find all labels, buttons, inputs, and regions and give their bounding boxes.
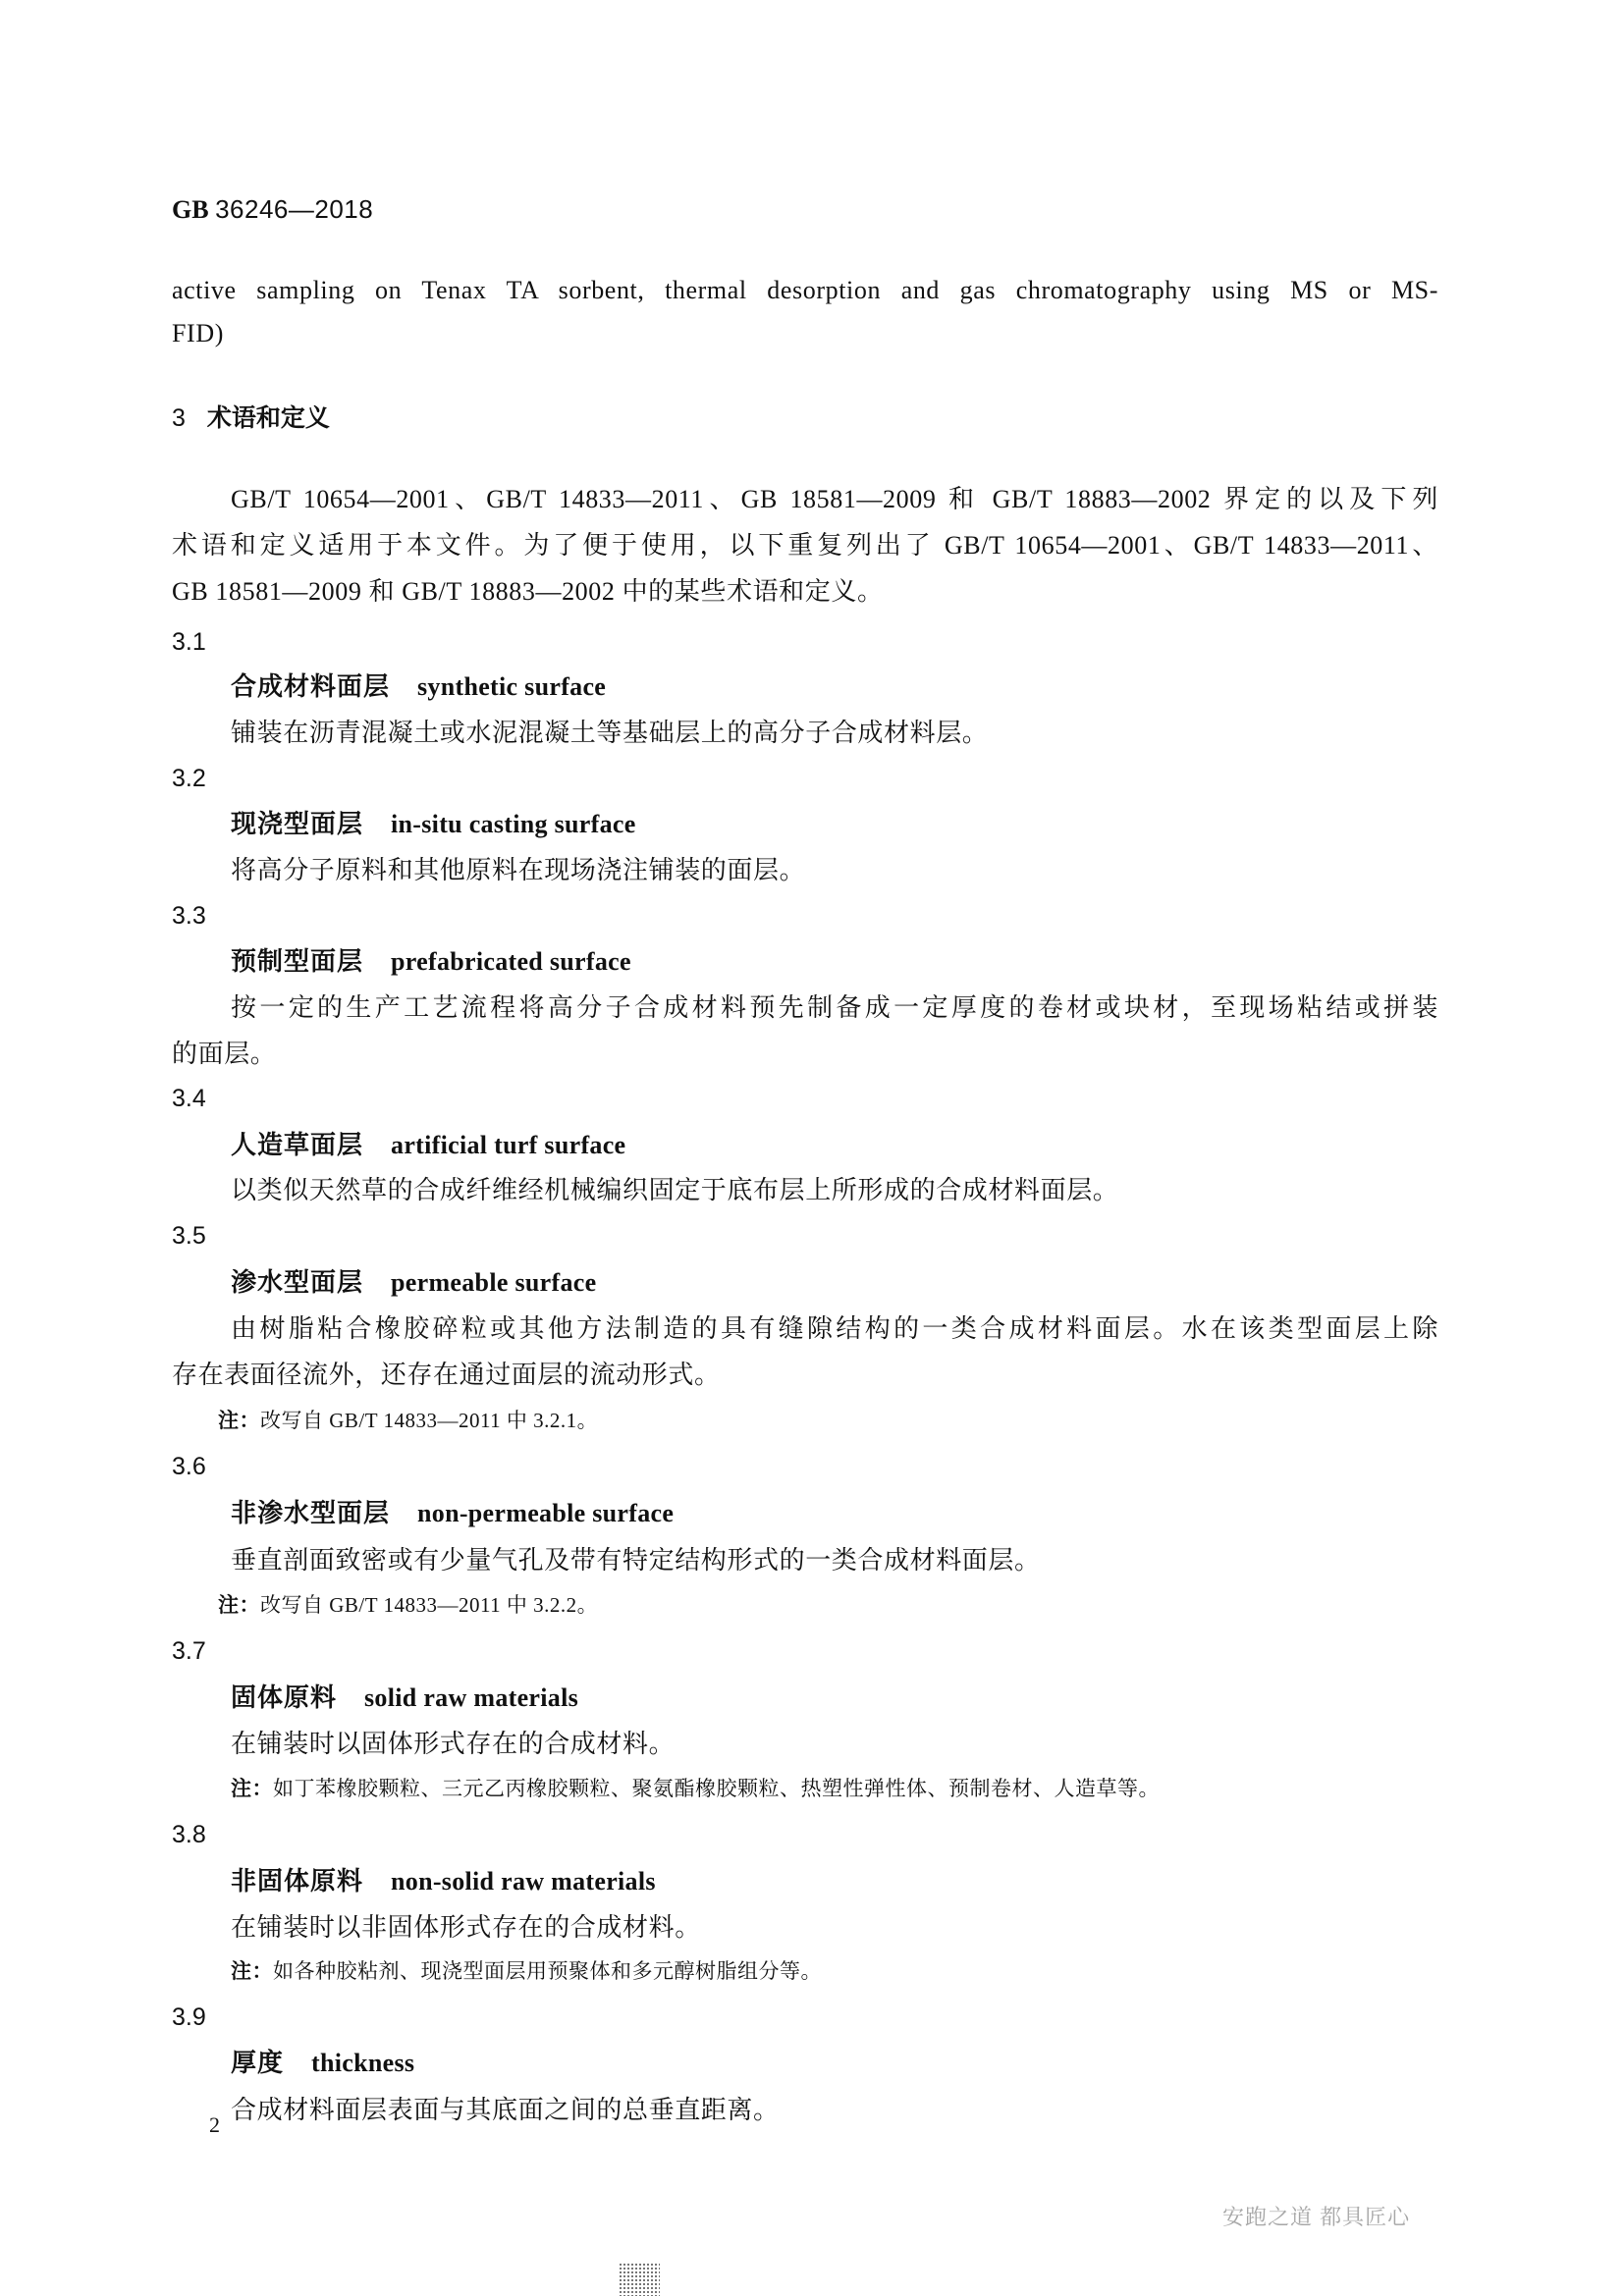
note-label: 注： <box>218 1409 260 1432</box>
term-zh: 非固体原料 <box>231 1867 363 1896</box>
note-label: 注： <box>231 1959 273 1983</box>
term-en: non-solid raw materials <box>391 1867 656 1896</box>
term-note: 注：如丁苯橡胶颗粒、三元乙丙橡胶颗粒、聚氨酯橡胶颗粒、热塑性弹性体、预制卷材、人… <box>231 1779 1160 1799</box>
term-definition: 以类似天然草的合成纤维经机械编织固定于底布层上所形成的合成材料面层。 <box>231 1178 1118 1203</box>
term-definition: 将高分子原料和其他原料在现场浇注铺装的面层。 <box>231 858 805 883</box>
term-definition: 在铺装时以非固体形式存在的合成材料。 <box>231 1915 701 1941</box>
term-definition-cont: 的面层。 <box>172 1041 276 1067</box>
term-en: in-situ casting surface <box>391 810 636 838</box>
term-title: 固体原料solid raw materials <box>231 1685 578 1711</box>
note-text: 如各种胶粘剂、现浇型面层用预聚体和多元醇树脂组分等。 <box>273 1959 822 1983</box>
term-definition: 铺装在沥青混凝土或水泥混凝土等基础层上的高分子合成材料层。 <box>231 721 988 746</box>
term-definition: 按一定的生产工艺流程将高分子合成材料预先制备成一定厚度的卷材或块材，至现场粘结或… <box>231 995 1438 1021</box>
term-title: 合成材料面层synthetic surface <box>231 674 606 700</box>
clause-number: 3.9 <box>172 2005 206 2030</box>
standard-prefix: GB <box>172 195 209 224</box>
clause-number: 3.7 <box>172 1639 206 1664</box>
term-title: 人造草面层artificial turf surface <box>231 1133 625 1158</box>
note-label: 注： <box>231 1777 273 1800</box>
intro-line2: 术语和定义适用于本文件。为了便于使用，以下重复列出了 GB/T 10654—20… <box>172 533 1438 559</box>
term-title: 渗水型面层permeable surface <box>231 1270 596 1296</box>
term-title: 现浇型面层in-situ casting surface <box>231 812 636 837</box>
term-title: 非渗水型面层non-permeable surface <box>231 1501 674 1526</box>
clause-number: 3.2 <box>172 767 206 791</box>
term-note: 注：如各种胶粘剂、现浇型面层用预聚体和多元醇树脂组分等。 <box>231 1961 822 1982</box>
term-zh: 非渗水型面层 <box>231 1499 390 1527</box>
note-label: 注： <box>218 1593 260 1617</box>
clause-number: 3.4 <box>172 1087 206 1111</box>
term-en: synthetic surface <box>417 672 606 701</box>
intro-line3: GB 18581—2009 和 GB/T 18883—2002 中的某些术语和定… <box>172 579 884 605</box>
note-text: 改写自 GB/T 14833—2011 中 3.2.1。 <box>260 1409 598 1432</box>
term-zh: 固体原料 <box>231 1683 337 1712</box>
reference-continuation-line1: active sampling on Tenax TA sorbent, the… <box>172 278 1438 303</box>
watermark-text: 安跑之道 都具匠心 <box>1222 2207 1410 2228</box>
term-title: 预制型面层prefabricated surface <box>231 949 631 975</box>
clause-number: 3.3 <box>172 904 206 929</box>
term-en: prefabricated surface <box>391 947 631 976</box>
term-definition: 在铺装时以固体形式存在的合成材料。 <box>231 1732 675 1757</box>
term-en: artificial turf surface <box>391 1131 625 1159</box>
term-definition: 合成材料面层表面与其底面之间的总垂直距离。 <box>231 2098 780 2123</box>
page-number: 2 <box>209 2114 220 2136</box>
clause-number: 3.8 <box>172 1823 206 1847</box>
term-note: 注：改写自 GB/T 14833—2011 中 3.2.2。 <box>218 1595 598 1616</box>
dotted-stamp-icon <box>619 2263 660 2296</box>
standard-number: 36246—2018 <box>215 194 373 224</box>
section-heading: 3术语和定义 <box>172 406 330 431</box>
section-title: 术语和定义 <box>207 404 330 432</box>
note-text: 改写自 GB/T 14833—2011 中 3.2.2。 <box>260 1593 598 1617</box>
term-en: thickness <box>311 2049 414 2077</box>
term-definition: 垂直剖面致密或有少量气孔及带有特定结构形式的一类合成材料面层。 <box>231 1548 1041 1574</box>
term-zh: 合成材料面层 <box>231 672 390 701</box>
term-zh: 预制型面层 <box>231 947 363 976</box>
reference-continuation-line2: FID) <box>172 321 224 347</box>
clause-number: 3.5 <box>172 1224 206 1249</box>
term-title: 非固体原料non-solid raw materials <box>231 1869 656 1895</box>
intro-line1: GB/T 10654—2001、GB/T 14833—2011、GB 18581… <box>231 487 1438 512</box>
document-header: GB 36246—2018 <box>172 196 373 223</box>
term-zh: 人造草面层 <box>231 1131 363 1159</box>
term-en: permeable surface <box>391 1268 596 1297</box>
clause-number: 3.1 <box>172 630 206 655</box>
clause-number: 3.6 <box>172 1455 206 1479</box>
note-text: 如丁苯橡胶颗粒、三元乙丙橡胶颗粒、聚氨酯橡胶颗粒、热塑性弹性体、预制卷材、人造草… <box>273 1777 1160 1800</box>
section-number: 3 <box>172 404 186 432</box>
term-definition: 由树脂粘合橡胶碎粒或其他方法制造的具有缝隙结构的一类合成材料面层。水在该类型面层… <box>231 1316 1438 1342</box>
term-title: 厚度thickness <box>231 2051 414 2076</box>
term-en: solid raw materials <box>364 1683 578 1712</box>
term-zh: 厚度 <box>231 2049 284 2077</box>
term-note: 注：改写自 GB/T 14833—2011 中 3.2.1。 <box>218 1411 598 1431</box>
term-zh: 渗水型面层 <box>231 1268 363 1297</box>
term-en: non-permeable surface <box>417 1499 674 1527</box>
term-zh: 现浇型面层 <box>231 810 363 838</box>
term-definition-cont: 存在表面径流外，还存在通过面层的流动形式。 <box>172 1362 721 1388</box>
